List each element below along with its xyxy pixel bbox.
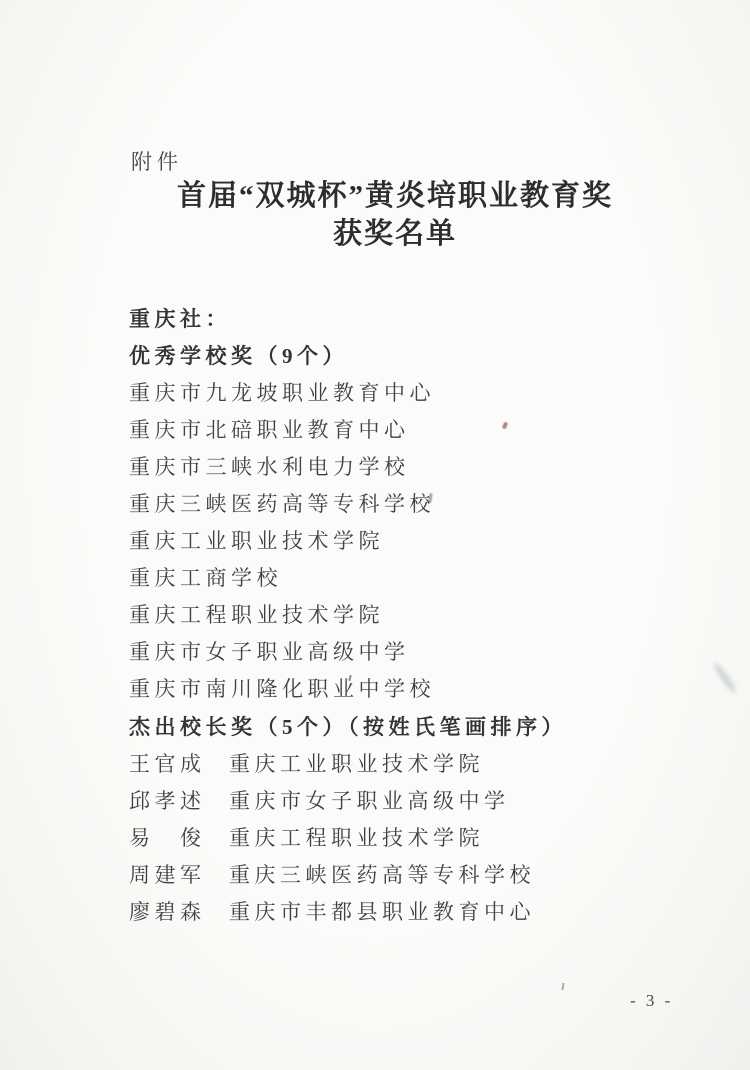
school-item: 重庆市女子职业高级中学 <box>129 633 699 670</box>
title-line-1: 首届“双城杯”黄炎培职业教育奖 <box>125 177 665 215</box>
school-item: 重庆工程职业技术学院 <box>129 596 699 633</box>
society-label: 重庆社： <box>129 299 699 336</box>
title-line-2: 获奖名单 <box>125 215 665 253</box>
winner-school: 重庆工程职业技术学院 <box>229 822 484 852</box>
page-number: - 3 - <box>630 991 673 1011</box>
school-item: 重庆市南川隆化职业中学校 <box>129 670 699 707</box>
winner-row: 周建军 重庆三峡医药高等专科学校 <box>129 855 699 892</box>
winner-name: 廖碧森 <box>129 896 208 926</box>
scan-ink-speck <box>561 983 564 990</box>
attachment-label: 附件 <box>131 146 183 176</box>
school-item: 重庆工业职业技术学院 <box>129 522 699 559</box>
winner-school: 重庆三峡医药高等专科学校 <box>229 859 535 889</box>
winner-school: 重庆市丰都县职业教育中心 <box>229 896 535 926</box>
winner-name: 邱孝述 <box>129 785 208 815</box>
school-award-heading: 优秀学校奖（9个） <box>129 336 699 373</box>
school-item: 重庆市三峡水利电力学校 <box>129 447 699 484</box>
winner-name: 易 俊 <box>129 822 208 852</box>
winner-school: 重庆工业职业技术学院 <box>229 748 484 778</box>
school-item: 重庆市北碚职业教育中心 <box>129 410 699 447</box>
school-item: 重庆工商学校 <box>129 559 699 596</box>
winner-row: 王官成 重庆工业职业技术学院 <box>129 744 699 781</box>
winner-school: 重庆市女子职业高级中学 <box>229 785 510 815</box>
scan-smudge <box>711 661 738 695</box>
winner-name: 周建军 <box>129 859 208 889</box>
winner-row: 廖碧森 重庆市丰都县职业教育中心 <box>129 893 699 930</box>
scanned-document-page: 附件 首届“双城杯”黄炎培职业教育奖 获奖名单 重庆社： 优秀学校奖（9个） 重… <box>0 0 750 1070</box>
principal-award-heading: 杰出校长奖（5个）（按姓氏笔画排序） <box>129 707 699 744</box>
school-item: 重庆市九龙坡职业教育中心 <box>129 373 699 410</box>
winner-row: 邱孝述 重庆市女子职业高级中学 <box>129 781 699 818</box>
winner-name: 王官成 <box>129 748 208 778</box>
document-title: 首届“双城杯”黄炎培职业教育奖 获奖名单 <box>125 177 665 253</box>
winner-row: 易 俊 重庆工程职业技术学院 <box>129 818 699 855</box>
school-item: 重庆三峡医药高等专科学校 <box>129 484 699 521</box>
document-body: 重庆社： 优秀学校奖（9个） 重庆市九龙坡职业教育中心 重庆市北碚职业教育中心 … <box>129 299 699 930</box>
